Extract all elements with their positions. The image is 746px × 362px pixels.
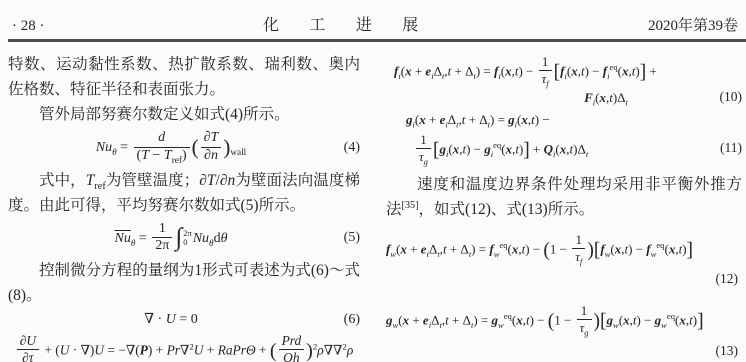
equation-11: gi(x + eiΔt,t + Δt) = gi(x,t) − 1τg[gi(x… [386,112,742,164]
equation-11-line1: gi(x + eiΔt,t + Δt) = gi(x,t) − [386,112,742,129]
equation-12: fw(x + eiΔt,t + Δt) = fweq(x,t) − (1 − 1… [386,232,742,291]
equation-11-number: (11) [716,140,742,157]
issue-info: 2020年第39卷 [648,14,738,35]
page-header: · 28 · 化工进展 2020年第39卷 [12,12,738,35]
paragraph-boundary-conditions: 速度和温度边界条件处理均采用非平衡外推方法[35]，如式(12)、式(13)所示… [386,172,742,222]
equation-4-number: (4) [334,139,360,157]
equation-11-line2: 1τg[gi(x,t) − gieq(x,t)] + Qi(x,t)Δt [386,132,716,164]
header-rule [8,39,746,42]
equation-5: Nuθ = 12π∫2π0Nuθdθ (5) [8,221,360,256]
equation-13: gw(x + eiΔt,t + Δt) = gweq(x,t) − (1 − 1… [386,303,742,362]
journal-page: · 28 · 化工进展 2020年第39卷 特数、运动黏性系数、热扩散系数、瑞利… [0,0,746,362]
equation-4: Nuθ = d(T − Tref)(∂T∂n)wall (4) [8,130,360,165]
equation-4-body: Nuθ = d(T − Tref)(∂T∂n)wall [8,130,334,165]
equation-10: fi(x + eiΔt,t + Δt) = fi(x,t) − 1τf[fi(x… [386,54,742,106]
equation-10-number: (10) [716,89,742,106]
equation-10-line2: Fi(x,t)Δt [386,90,716,106]
equation-6-number: (6) [334,311,360,329]
equation-6-body: ∇ · U = 0 [8,311,334,329]
journal-title: 化工进展 [263,12,449,35]
right-column: fi(x + eiΔt,t + Δt) = fi(x,t) − 1τf[fi(x… [386,52,742,362]
paragraph-governing-equations: 控制微分方程的量纲为1形式可表述为式(6)～式(8)。 [8,258,360,308]
paragraph-local-nusselt: 管外局部努赛尔数定义如式(4)所示。 [8,102,360,127]
equation-12-body: fw(x + eiΔt,t + Δt) = fweq(x,t) − (1 − 1… [386,232,742,264]
paragraph-wall-temperature: 式中，Tref为管壁温度；∂T/∂n为壁面法向温度梯度。由此可得，平均努赛尔数如… [8,168,360,218]
page-number: · 28 · [12,18,45,35]
equation-7: ∂U∂τ + (U · ∇)U = −∇(P) + Pr∇2U + RaPrΘ … [8,333,360,362]
equation-5-number: (5) [334,229,360,247]
paragraph-property-list: 特数、运动黏性系数、热扩散系数、瑞利数、奥内佐格数、特征半径和表面张力。 [8,52,360,102]
equation-13-body: gw(x + eiΔt,t + Δt) = gweq(x,t) − (1 − 1… [386,303,742,335]
equation-6: ∇ · U = 0 (6) [8,311,360,329]
equation-10-line1: fi(x + eiΔt,t + Δt) = fi(x,t) − 1τf[fi(x… [386,54,742,86]
equation-13-number: (13) [386,338,738,362]
left-column: 特数、运动黏性系数、热扩散系数、瑞利数、奥内佐格数、特征半径和表面张力。 管外局… [8,52,360,362]
equation-7-body: ∂U∂τ + (U · ∇)U = −∇(P) + Pr∇2U + RaPrΘ … [8,333,360,362]
equation-12-number: (12) [386,266,738,291]
equation-5-body: Nuθ = 12π∫2π0Nuθdθ [8,221,334,256]
